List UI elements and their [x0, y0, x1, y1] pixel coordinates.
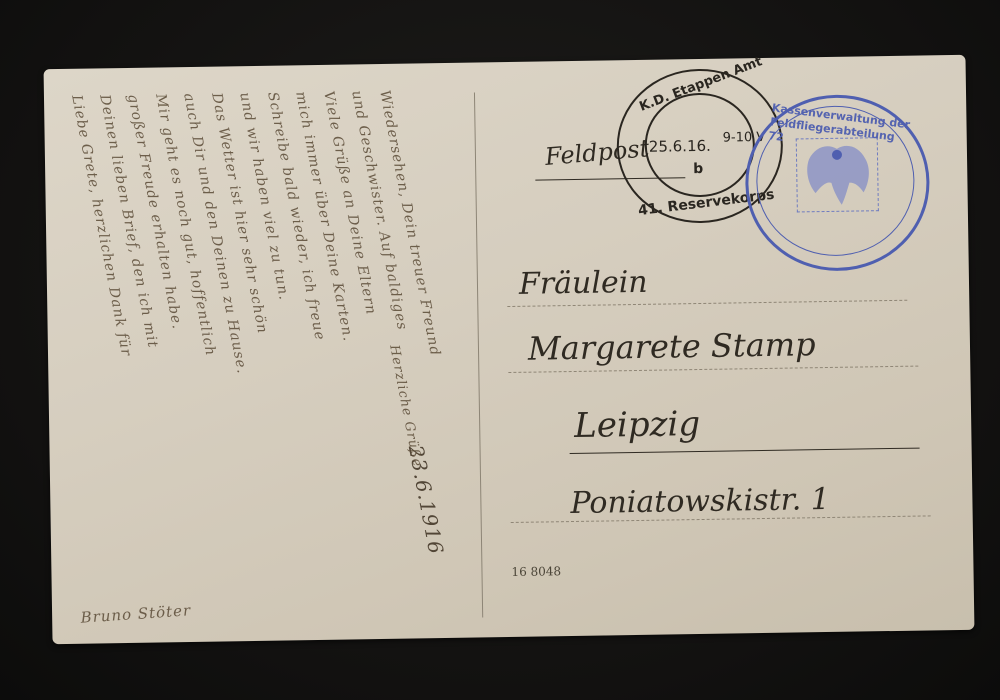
- address-name: Margarete Stamp: [528, 325, 816, 368]
- message-signature: Bruno Stöter: [80, 601, 192, 626]
- postmark-date: 25.6.16.: [649, 137, 711, 156]
- card-divider: [474, 93, 483, 618]
- postcard: Liebe Grete, herzlichen Dank fürDeinen l…: [44, 55, 975, 644]
- unit-seal: Kassenverwaltung der Feldfliegerabteilun…: [744, 93, 931, 272]
- postmark-letter: b: [693, 161, 703, 177]
- message-area: Liebe Grete, herzlichen Dank fürDeinen l…: [62, 83, 476, 634]
- address-street: Poniatowskistr. 1: [570, 482, 830, 521]
- address-city: Leipzig: [574, 404, 701, 446]
- message-closing: Herzliche Grüße: [386, 344, 424, 469]
- address-salutation: Fräulein: [519, 265, 648, 302]
- print-number: 16 8048: [511, 564, 561, 579]
- address-line-3: [570, 448, 920, 454]
